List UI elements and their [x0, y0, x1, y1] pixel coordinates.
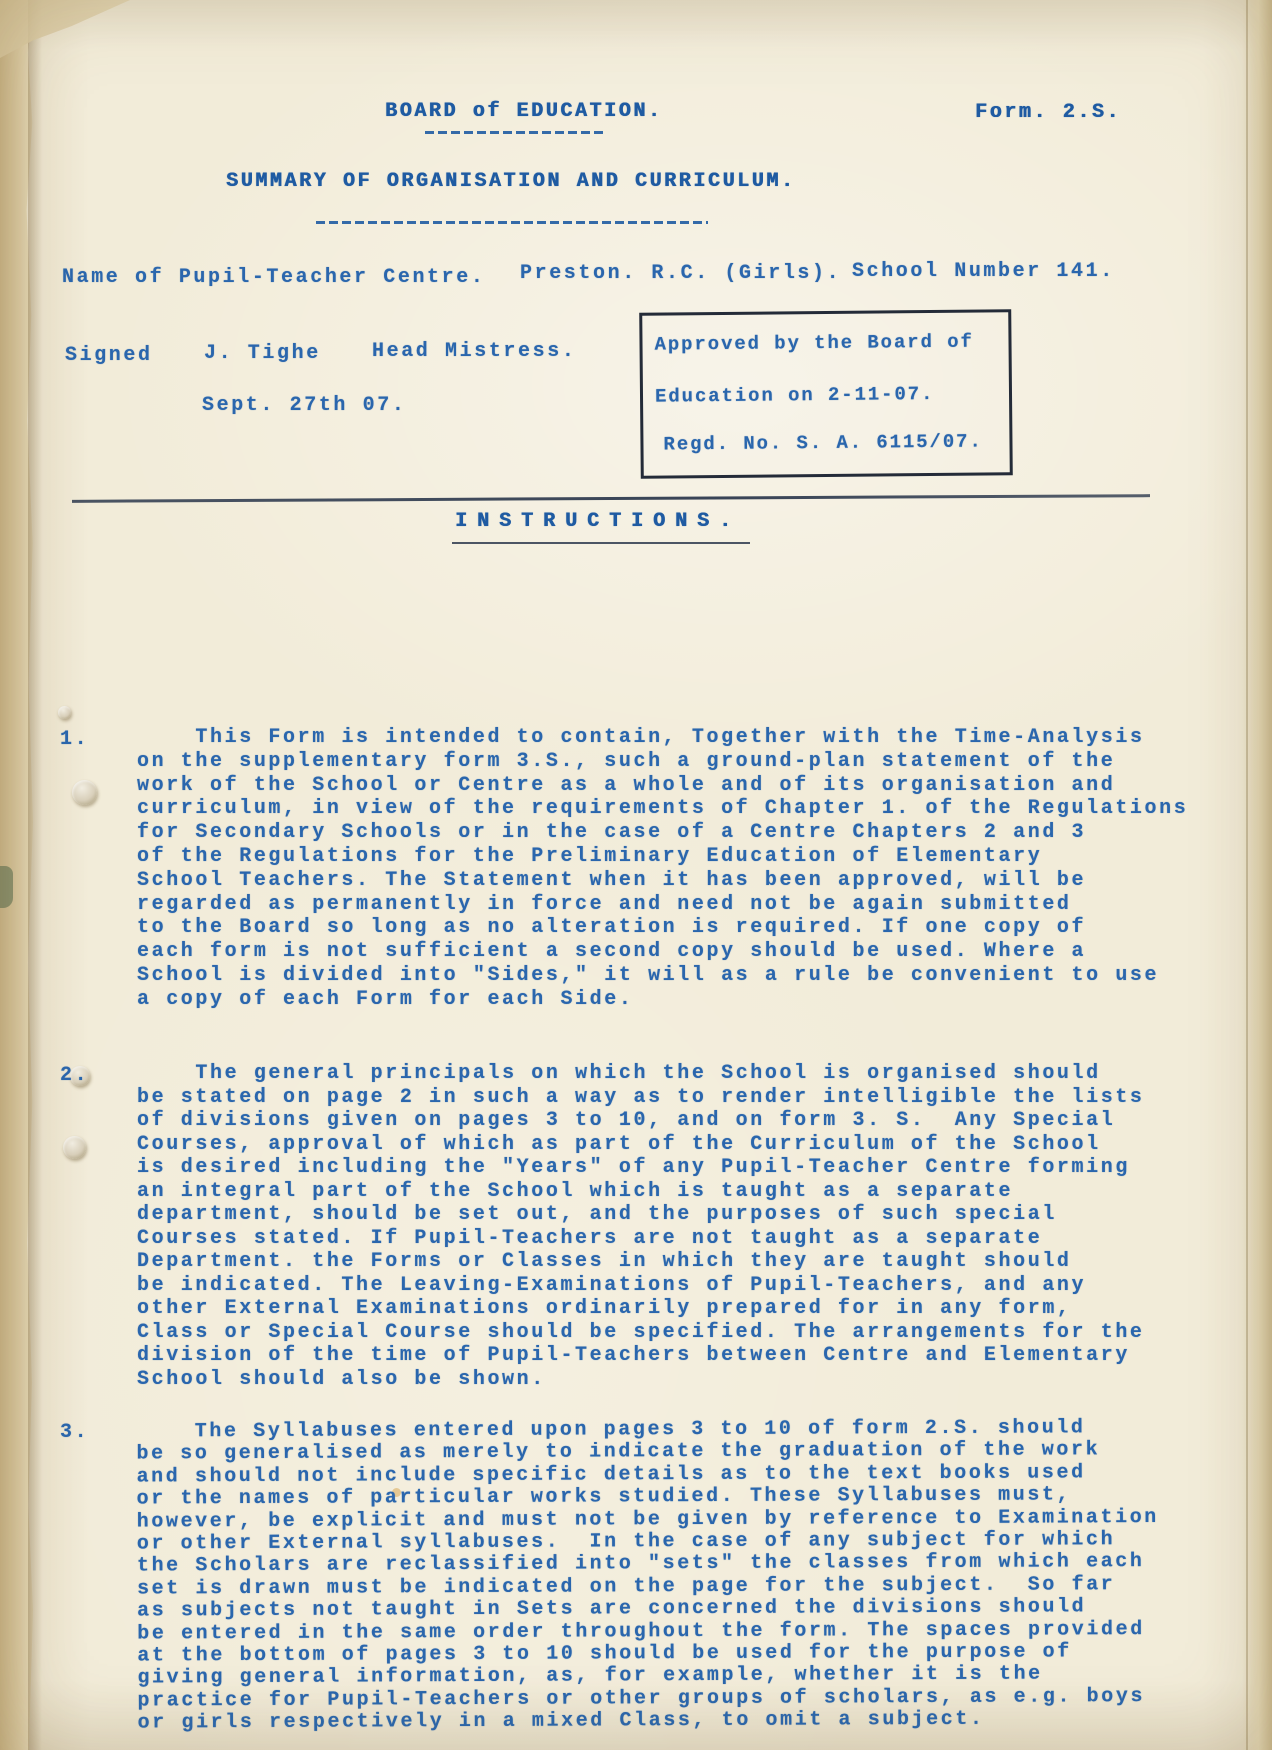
subtitle-underline: [316, 221, 708, 224]
paragraph-text: This Form is intended to contain, Togeth…: [137, 726, 1262, 1012]
approval-line-2: Education on 2-11-07.: [655, 383, 935, 408]
approval-line-1: Approved by the Board of: [654, 331, 973, 356]
paragraph-text: The general principals on which the Scho…: [137, 1062, 1262, 1391]
document-page: BOARD of EDUCATION. Form. 2.S. SUMMARY O…: [0, 0, 1272, 1750]
page-subtitle: SUMMARY OF ORGANISATION AND CURRICULUM.: [226, 170, 795, 193]
green-stain: [0, 866, 13, 908]
form-number-label: Form. 2.S.: [975, 101, 1121, 124]
paragraph-number: 1.: [60, 728, 89, 751]
signed-date: Sept. 27th 07.: [202, 394, 406, 417]
punch-hole-icon: [63, 1136, 86, 1159]
section-divider-rule: [72, 494, 1150, 502]
paper-left-crease-shadow: [28, 0, 42, 1750]
paragraph-text: The Syllabuses entered upon pages 3 to 1…: [136, 1417, 1262, 1736]
signed-role: Head Mistress.: [372, 340, 576, 363]
centre-name-label: Name of Pupil-Teacher Centre.: [62, 266, 485, 289]
punch-hole-icon: [58, 706, 71, 719]
approval-stamp-box: Approved by the Board of Education on 2-…: [639, 309, 1013, 479]
centre-name-value: Preston. R.C. (Girls).: [520, 262, 841, 285]
paragraph-number: 3.: [60, 1421, 89, 1444]
page-title: BOARD of EDUCATION.: [385, 100, 662, 123]
instructions-heading: INSTRUCTIONS.: [455, 510, 741, 533]
signed-label: Signed: [65, 344, 153, 367]
approval-line-3: Regd. No. S. A. 6115/07.: [663, 430, 982, 455]
title-underline: [425, 131, 607, 134]
paragraph-number: 2.: [60, 1064, 89, 1087]
punch-hole-icon: [72, 780, 97, 805]
signed-name: J. Tighe: [204, 342, 321, 365]
instructions-underline: [452, 542, 750, 544]
school-number-value: School Number 141.: [852, 260, 1115, 283]
